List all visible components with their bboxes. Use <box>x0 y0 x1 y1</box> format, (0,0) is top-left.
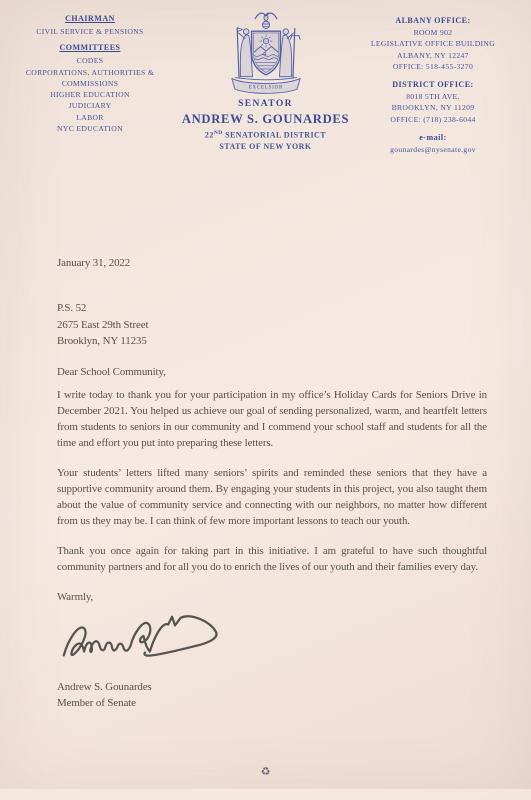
chairman-committee: CIVIL SERVICE & PENSIONS <box>14 26 166 37</box>
letterhead-center: EXCELSIOR SENATOR ANDREW S. GOUNARDES 22… <box>161 6 371 151</box>
district-label: SENATORIAL DISTRICT <box>223 130 326 139</box>
email-address: gounardes@nysenate.gov <box>347 144 519 155</box>
committee-item: CODES <box>14 55 166 66</box>
email-label: e-mail: <box>347 132 519 144</box>
albany-office-line: ROOM 902 <box>347 27 519 38</box>
committee-item: LABOR <box>14 112 166 123</box>
albany-office-group: ALBANY OFFICE: ROOM 902 LEGISLATIVE OFFI… <box>347 15 519 72</box>
state-label: STATE OF NEW YORK <box>161 142 371 151</box>
recipient-line: 2675 East 29th Street <box>57 317 487 334</box>
letter-body: January 31, 2022 P.S. 52 2675 East 29th … <box>57 255 487 712</box>
district-office-line: BROOKLYN, NY 11209 <box>347 102 519 113</box>
district-number: 22 <box>205 130 214 139</box>
committee-item: JUDICIARY <box>14 100 166 111</box>
email-group: e-mail: gounardes@nysenate.gov <box>347 132 519 155</box>
albany-office-label: ALBANY OFFICE: <box>347 15 519 27</box>
senator-name: ANDREW S. GOUNARDES <box>161 112 371 127</box>
closing: Warmly, <box>57 589 487 605</box>
recipient-line: Brooklyn, NY 11235 <box>57 333 487 350</box>
district-office-phone: OFFICE: (718) 238-6044 <box>347 114 519 125</box>
district-office-line: 8018 5TH AVE. <box>347 91 519 102</box>
committee-item: NYC EDUCATION <box>14 123 166 134</box>
committee-item: CORPORATIONS, AUTHORITIES & COMMISSIONS <box>14 67 166 90</box>
signature-icon <box>55 609 235 667</box>
albany-office-line: LEGISLATIVE OFFICE BUILDING <box>347 38 519 49</box>
albany-office-phone: OFFICE: 518-455-3270 <box>347 61 519 72</box>
senatorial-district: 22ND SENATORIAL DISTRICT <box>161 130 371 140</box>
letter-date: January 31, 2022 <box>57 255 487 271</box>
new-york-state-seal-icon: EXCELSIOR <box>219 6 313 96</box>
recipient-address: P.S. 52 2675 East 29th Street Brooklyn, … <box>57 300 487 350</box>
committee-item: HIGHER EDUCATION <box>14 89 166 100</box>
albany-office-line: ALBANY, NY 12247 <box>347 50 519 61</box>
sender-name: Andrew S. Gounardes <box>57 679 487 696</box>
paragraph: Thank you once again for taking part in … <box>57 543 487 575</box>
sender-block: Andrew S. Gounardes Member of Senate <box>57 679 487 712</box>
recipient-line: P.S. 52 <box>57 300 487 317</box>
committee-block: CHAIRMAN CIVIL SERVICE & PENSIONS COMMIT… <box>14 13 166 134</box>
district-ordinal: ND <box>214 130 223 136</box>
sender-title: Member of Senate <box>57 695 487 712</box>
district-office-label: DISTRICT OFFICE: <box>347 79 519 91</box>
paragraph: Your students’ letters lifted many senio… <box>57 465 487 529</box>
salutation: Dear School Community, <box>57 364 487 380</box>
recycle-icon: ♻ <box>261 766 271 778</box>
page-footer: ♻ <box>0 762 531 780</box>
office-contact-block: ALBANY OFFICE: ROOM 902 LEGISLATIVE OFFI… <box>347 15 519 162</box>
paragraph: I write today to thank you for your part… <box>57 387 487 451</box>
chairman-label: CHAIRMAN <box>14 13 166 25</box>
letter-page: CHAIRMAN CIVIL SERVICE & PENSIONS COMMIT… <box>0 0 531 800</box>
seal-motto: EXCELSIOR <box>248 86 283 91</box>
senator-title: SENATOR <box>161 99 371 109</box>
committees-label: COMMITTEES <box>14 42 166 54</box>
district-office-group: DISTRICT OFFICE: 8018 5TH AVE. BROOKLYN,… <box>347 79 519 125</box>
